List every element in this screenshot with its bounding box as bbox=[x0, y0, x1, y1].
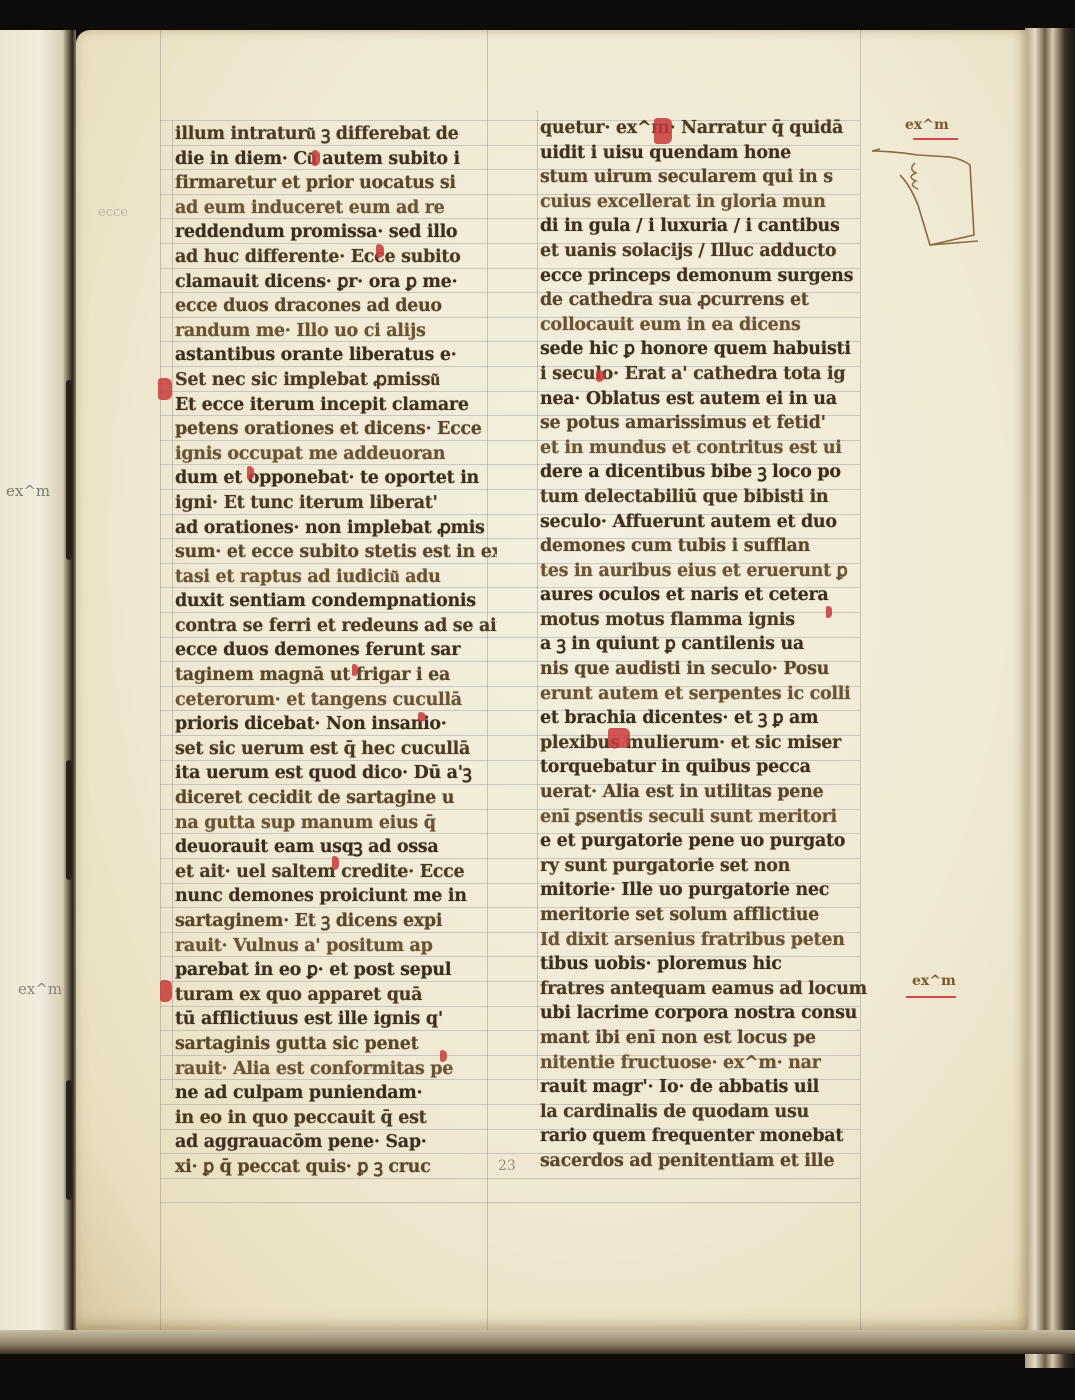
margin-note-exemplum-top: ex^m bbox=[905, 117, 949, 133]
text-line: et brachia dicentes· et ꝫ ꝑ am bbox=[540, 706, 878, 731]
ruling-line bbox=[160, 30, 161, 1330]
text-line: clamauit dicens· ꝑr· ora ꝑ me· bbox=[175, 270, 497, 295]
text-line: turam ex quo apparet quā bbox=[175, 983, 497, 1008]
rubric-initial bbox=[608, 728, 630, 748]
text-line: i seculo· Erat a' cathedra tota ig bbox=[540, 362, 878, 387]
margin-note-underline bbox=[906, 996, 956, 998]
text-line: Set nec sic implebat ꝓmissu͂ bbox=[175, 368, 497, 393]
rubric-initial bbox=[160, 980, 172, 1002]
text-line: ad orationes· non implebat ꝓmis bbox=[175, 516, 497, 541]
text-block-edge bbox=[1025, 28, 1075, 1368]
text-line: die in diem· Cu͂ autem subito i bbox=[175, 147, 497, 172]
text-line: plexibus mulierum· et sic miser bbox=[540, 731, 878, 756]
rubric-initial bbox=[312, 150, 320, 166]
text-line: tum delectabiliū que bibisti in bbox=[540, 485, 878, 510]
margin-note-exemplum-bottom: ex^m bbox=[912, 973, 956, 989]
text-line: rario quem frequenter monebat bbox=[540, 1124, 878, 1149]
gutter-stain bbox=[66, 760, 72, 880]
text-line: Et ecce iterum incepit clamare bbox=[175, 393, 497, 418]
rubric-initial bbox=[826, 606, 832, 618]
text-line: taginem magnā ut frigar i ea bbox=[175, 663, 497, 688]
text-line: ita uerum est quod dico· Dū a'ꝫ bbox=[175, 761, 497, 786]
text-line: uerat· Alia est in utilitas pene bbox=[540, 780, 878, 805]
text-line: petens orationes et dicens· Ecce bbox=[175, 417, 497, 442]
rubric-initial bbox=[332, 856, 339, 870]
text-line: nitentie fructuose· ex^m· nar bbox=[540, 1051, 878, 1076]
ruling-line bbox=[160, 1202, 860, 1203]
text-line: enī ꝑsentis seculi sunt meritori bbox=[540, 805, 878, 830]
text-line: na gutta sup manum eius q̄ bbox=[175, 811, 497, 836]
text-line: firmaretur et prior uocatus si bbox=[175, 171, 497, 196]
ruling-line bbox=[537, 110, 538, 1090]
text-line: parebat in eo ꝑ· et post sepul bbox=[175, 958, 497, 983]
text-line: nis que audisti in seculo· Posu bbox=[540, 657, 878, 682]
gutter-stain bbox=[66, 380, 72, 560]
text-line: di in gula / i luxuria / i cantibus bbox=[540, 214, 878, 239]
text-line: sacerdos ad penitentiam et ille bbox=[540, 1149, 878, 1174]
binding-bottom-edge bbox=[0, 1330, 1075, 1354]
text-line: astantibus orante liberatus e· bbox=[175, 343, 497, 368]
text-line: nea· Oblatus est autem ei in ua bbox=[540, 387, 878, 412]
text-line: erunt autem et serpentes ic colli bbox=[540, 682, 878, 707]
text-line: quetur· ex^m· Narratur q̄ quidā bbox=[540, 116, 878, 141]
text-line: randum me· Illo uo ci alijs bbox=[175, 319, 497, 344]
text-line: dum et opponebat· te oportet in bbox=[175, 466, 497, 491]
margin-note-underline bbox=[913, 138, 958, 140]
text-line: reddendum promissa· sed illo bbox=[175, 220, 497, 245]
text-line: collocauit eum in ea dicens bbox=[540, 313, 878, 338]
text-line: tasi et raptus ad iudiciu͂ adu bbox=[175, 565, 497, 590]
text-line: sede hic ꝑ honore quem habuisti bbox=[540, 337, 878, 362]
text-line: et in mundus et contritus est ui bbox=[540, 436, 878, 461]
text-line: mant ibi enī non est locus pe bbox=[540, 1026, 878, 1051]
text-line: igni· Et tunc iterum liberat' bbox=[175, 491, 497, 516]
text-column-right: quetur· ex^m· Narratur q̄ quidāuidit i u… bbox=[540, 116, 878, 1174]
rubric-initial bbox=[158, 378, 172, 400]
gutter-stain bbox=[66, 1080, 72, 1200]
text-line: xi· ꝑ q̄ peccat quis· ꝑ ꝫ cruc bbox=[175, 1155, 497, 1180]
text-line: Id dixit arsenius fratribus peten bbox=[540, 928, 878, 953]
text-line: ignis occupat me addeuoran bbox=[175, 442, 497, 467]
margin-note-left-1: ex^m bbox=[6, 482, 50, 500]
text-line: contra se ferri et redeuns ad se ait bbox=[175, 614, 497, 639]
text-line: ry sunt purgatorie set non bbox=[540, 854, 878, 879]
text-column-left: illum intraturu͂ ꝫ differebat dedie in d… bbox=[175, 122, 497, 1180]
rubric-initial bbox=[440, 1050, 447, 1062]
text-line: ecce duos dracones ad deuo bbox=[175, 294, 497, 319]
margin-note-left-2: ex^m bbox=[18, 980, 62, 998]
text-line: seculo· Affuerunt autem et duo bbox=[540, 510, 878, 535]
text-line: in eo in quo peccauit q̄ est bbox=[175, 1106, 497, 1131]
text-line: la cardinalis de quodam usu bbox=[540, 1100, 878, 1125]
text-line: diceret cecidit de sartagine u bbox=[175, 786, 497, 811]
text-line: tū afflictiuus est ille ignis q' bbox=[175, 1007, 497, 1032]
text-line: e et purgatorie pene uo purgato bbox=[540, 829, 878, 854]
facing-page-left bbox=[0, 30, 72, 1330]
text-line: nunc demones proiciunt me in bbox=[175, 884, 497, 909]
text-line: ecce duos demones ferunt sar bbox=[175, 638, 497, 663]
text-line: ceterorum· et tangens cucullā bbox=[175, 688, 497, 713]
text-line: ne ad culpam puniendam· bbox=[175, 1081, 497, 1106]
text-line: rauit· Alia est conformitas pe bbox=[175, 1057, 497, 1082]
rubric-initial bbox=[352, 664, 358, 676]
text-line: demones cum tubis i sufflan bbox=[540, 534, 878, 559]
rubric-initial bbox=[247, 466, 254, 480]
text-line: illum intraturu͂ ꝫ differebat de bbox=[175, 122, 497, 147]
ruling-line bbox=[172, 120, 173, 1090]
text-line: prioris dicebat· Non insanio· bbox=[175, 712, 497, 737]
text-line: ad eum induceret eum ad re bbox=[175, 196, 497, 221]
text-line: meritorie set solum afflictiue bbox=[540, 903, 878, 928]
text-line: ubi lacrime corpora nostra consu bbox=[540, 1001, 878, 1026]
folio-number: 23 bbox=[498, 1158, 516, 1174]
text-line: sartaginem· Et ꝫ dicens expi bbox=[175, 909, 497, 934]
text-line: se potus amarissimus et fetid' bbox=[540, 411, 878, 436]
text-line: uidit i uisu quendam hone bbox=[540, 141, 878, 166]
text-line: set sic uerum est q̄ hec cucullā bbox=[175, 737, 497, 762]
text-line: ad huc differente· Ecce subito bbox=[175, 245, 497, 270]
text-line: aures oculos et naris et cetera bbox=[540, 583, 878, 608]
text-line: et uanis solacijs / Illuc adducto bbox=[540, 239, 878, 264]
text-line: torquebatur in quibus pecca bbox=[540, 755, 878, 780]
text-line: a ꝫ in quiunt ꝑ cantilenis ua bbox=[540, 632, 878, 657]
text-line: tes in auribus eius et eruerunt ꝑ bbox=[540, 559, 878, 584]
text-line: mitorie· Ille uo purgatorie nec bbox=[540, 878, 878, 903]
pointing-hand-icon bbox=[870, 145, 980, 270]
text-line: sum· et ecce subito stetis est in ex bbox=[175, 540, 497, 565]
text-line: fratres antequam eamus ad locum bbox=[540, 977, 878, 1002]
rubric-initial bbox=[376, 244, 384, 258]
rubric-initial bbox=[654, 118, 672, 144]
text-line: ecce princeps demonum surgens bbox=[540, 264, 878, 289]
text-line: cuius excellerat in gloria mun bbox=[540, 190, 878, 215]
text-line: rauit· Vulnus a' positum ap bbox=[175, 934, 497, 959]
text-line: dere a dicentibus bibe ꝫ loco po bbox=[540, 460, 878, 485]
text-line: rauit magr'· Io· de abbatis uil bbox=[540, 1075, 878, 1100]
text-line: duxit sentiam condempnationis bbox=[175, 589, 497, 614]
text-line: tibus uobis· ploremus hic bbox=[540, 952, 878, 977]
text-line: ad aggrauacōm pene· Sap· bbox=[175, 1130, 497, 1155]
margin-note-faint: ecce bbox=[98, 205, 128, 220]
text-line: sartaginis gutta sic penet bbox=[175, 1032, 497, 1057]
text-line: stum uirum secularem qui in s bbox=[540, 165, 878, 190]
text-line: de cathedra sua ꝓcurrens et bbox=[540, 288, 878, 313]
